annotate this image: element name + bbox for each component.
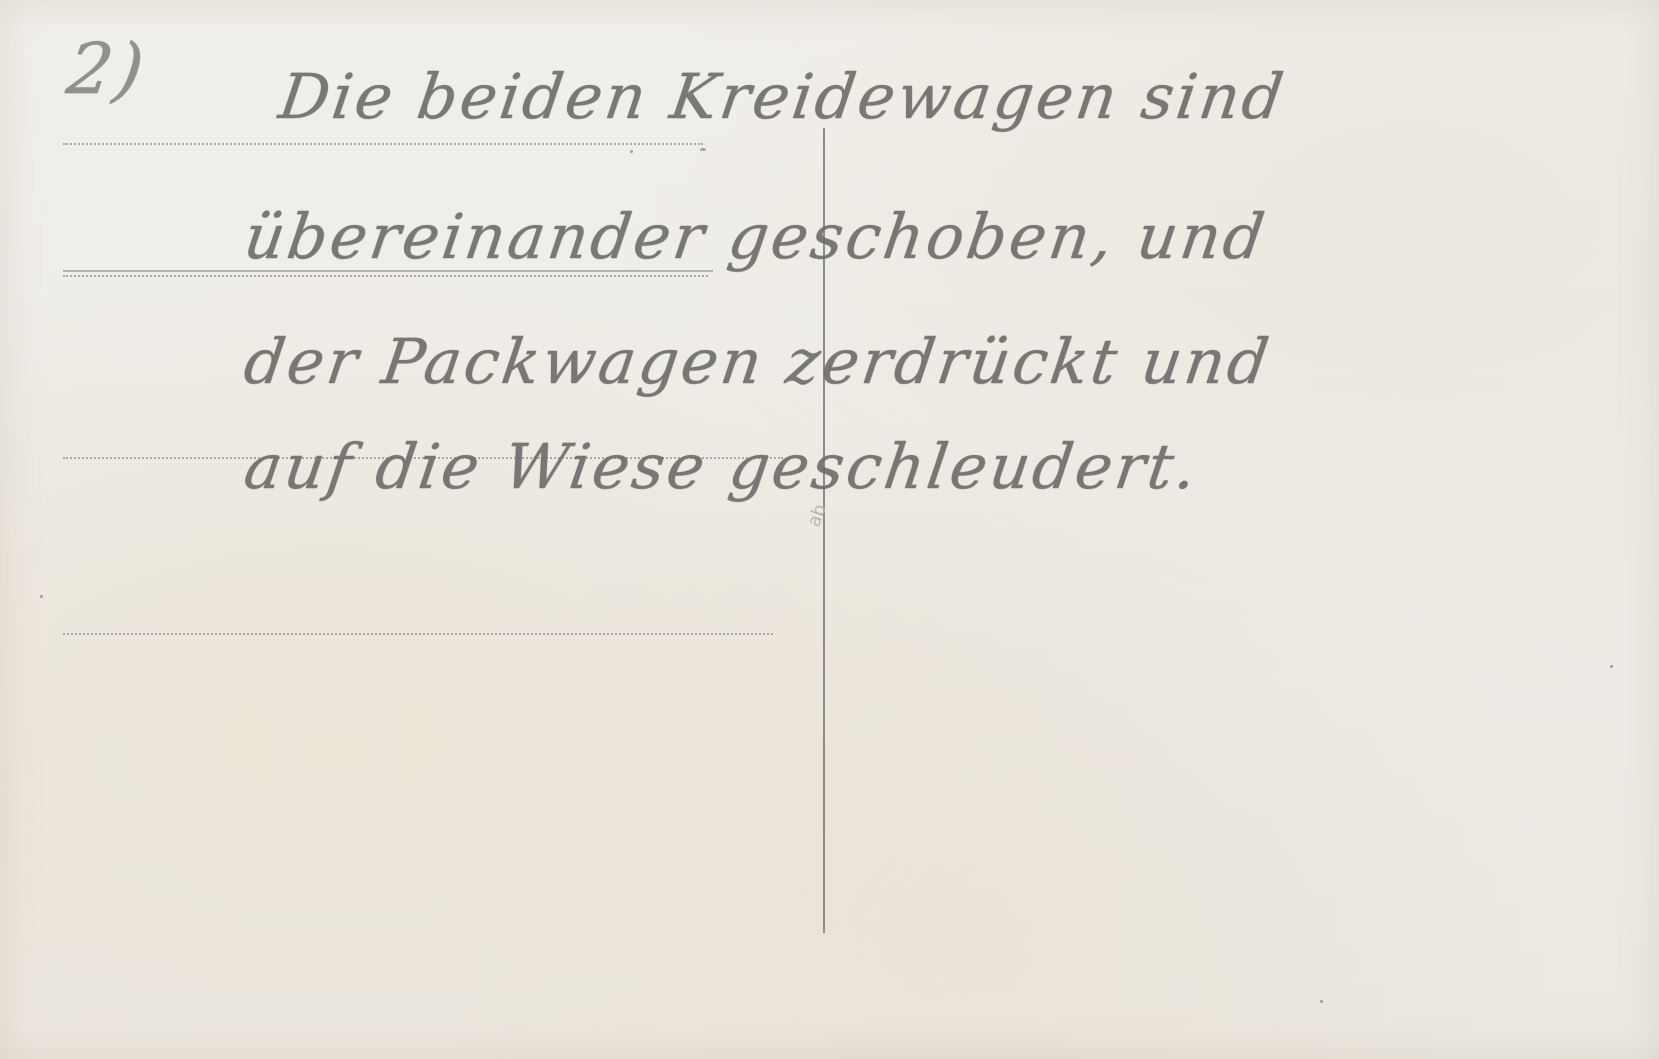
ruled-line-3 bbox=[63, 275, 708, 277]
postcard-back: 2) Die beiden Kreidewagen sind übereinan… bbox=[0, 0, 1659, 1059]
paper-speck bbox=[700, 148, 706, 151]
handwritten-line-3: der Packwagen zerdrückt und bbox=[240, 325, 1276, 398]
handwritten-line-2: übereinander geschoben, und bbox=[240, 200, 1272, 273]
handwritten-line-4: auf die Wiese geschleudert. bbox=[240, 430, 1204, 503]
handwritten-line-1: Die beiden Kreidewagen sind bbox=[275, 60, 1291, 133]
paper-speck bbox=[40, 595, 43, 598]
paper-speck bbox=[1610, 665, 1613, 668]
ruled-line-5 bbox=[63, 633, 773, 635]
item-number: 2) bbox=[62, 28, 151, 110]
center-divider-line-lower bbox=[823, 565, 825, 933]
ruled-line-1 bbox=[63, 143, 703, 145]
paper-speck bbox=[1320, 1000, 1323, 1003]
paper-speck bbox=[630, 150, 633, 153]
faint-pencil-mark: ab bbox=[804, 501, 831, 529]
